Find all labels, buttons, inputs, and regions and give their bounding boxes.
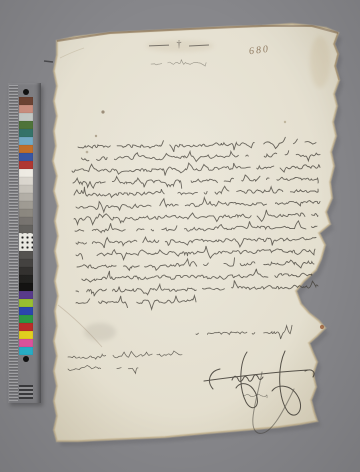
- gray-step: [19, 283, 33, 291]
- edge-ink-dash: [44, 61, 53, 62]
- gray-step: [19, 185, 33, 193]
- resolution-target: [19, 233, 33, 251]
- color-patch: [19, 339, 33, 347]
- registration-dot: [19, 356, 33, 366]
- color-patch: [19, 307, 33, 315]
- gray-step: [19, 169, 33, 177]
- calibration-ruler-text: [9, 85, 18, 401]
- color-patch: [19, 291, 33, 299]
- gray-step: [19, 275, 33, 283]
- color-patch: [19, 97, 33, 105]
- photograph-of-manuscript: † 680: [0, 0, 360, 472]
- color-patch: [19, 299, 33, 307]
- manuscript-paper: [0, 0, 360, 472]
- cross-mark: †: [149, 38, 209, 52]
- gray-step: [19, 267, 33, 275]
- color-patch: [19, 105, 33, 113]
- color-patch: [19, 137, 33, 145]
- gray-step: [19, 201, 33, 209]
- color-patch: [19, 331, 33, 339]
- color-patch: [19, 347, 33, 355]
- gray-step: [19, 259, 33, 267]
- color-patch: [19, 315, 33, 323]
- color-patch: [19, 113, 33, 121]
- color-patch: [19, 161, 33, 169]
- paper-sheet: [53, 24, 339, 441]
- gray-step: [19, 193, 33, 201]
- calibration-barcode: [19, 385, 33, 399]
- gray-step: [19, 177, 33, 185]
- registration-dot: [19, 89, 33, 97]
- color-patch: [19, 129, 33, 137]
- gray-step: [19, 217, 33, 225]
- color-patch: [19, 145, 33, 153]
- gray-step: [19, 225, 33, 233]
- gray-step: [19, 209, 33, 217]
- gray-step: [19, 251, 33, 259]
- color-patch: [19, 153, 33, 161]
- color-calibration-strip: [8, 83, 41, 403]
- calibration-patches: [19, 88, 33, 366]
- color-patch: [19, 121, 33, 129]
- color-patch: [19, 323, 33, 331]
